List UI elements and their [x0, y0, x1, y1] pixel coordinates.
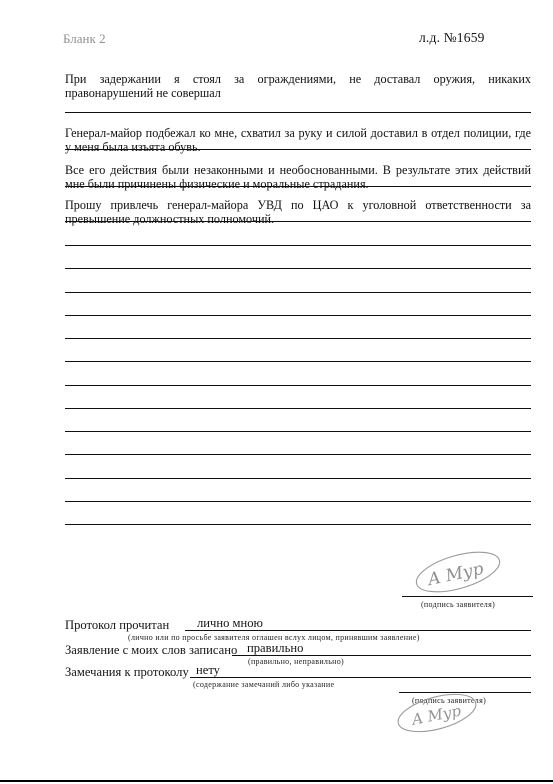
ruled-line [65, 112, 531, 113]
blank-ruled-line [65, 315, 531, 316]
signature-caption: (подпись заявителя) [392, 600, 524, 609]
scanned-protocol-page: Бланк 2 л.д. №1659 При задержании я стоя… [0, 0, 553, 784]
applicant-signature-image: А Мур [398, 546, 520, 598]
blank-ruled-line [65, 408, 531, 409]
form-caption-remarks: (содержание замечаний либо указание [193, 680, 334, 689]
ruled-line [65, 221, 531, 222]
form-label-remarks: Замечания к протоколу [65, 665, 189, 680]
form-label-protocol-read: Протокол прочитан [65, 618, 169, 633]
blank-ruled-line [65, 338, 531, 339]
blank-ruled-line [65, 524, 531, 525]
form-value-statement-recorded: правильно [232, 642, 531, 656]
form-value-protocol-read: лично мною [185, 617, 531, 631]
signature-line [402, 596, 533, 597]
applicant-signature-image: А Мур [390, 683, 492, 737]
statement-paragraph-4: Прошу привлечь генерал-майора УВД по ЦАО… [65, 198, 531, 227]
statement-paragraph-1: При задержании я стоял за ограждениями, … [65, 72, 531, 101]
ruled-line [65, 186, 531, 187]
form-value-remarks: нету [190, 664, 531, 678]
blank-ruled-line [65, 385, 531, 386]
blank-number-label: Бланк 2 [63, 31, 106, 47]
case-sheet-number: л.д. №1659 [419, 30, 485, 46]
blank-ruled-line [65, 478, 531, 479]
page-bottom-edge [0, 780, 553, 782]
blank-ruled-line [65, 268, 531, 269]
signature-script-text: А Мур [409, 702, 463, 729]
statement-paragraph-3: Все его действия были незаконными и необ… [65, 163, 531, 192]
blank-ruled-line [65, 501, 531, 502]
blank-ruled-line [65, 245, 531, 246]
blank-ruled-line [65, 431, 531, 432]
blank-ruled-line [65, 292, 531, 293]
statement-paragraph-2: Генерал-майор подбежал ко мне, схватил з… [65, 126, 531, 155]
blank-ruled-line [65, 361, 531, 362]
blank-ruled-line [65, 454, 531, 455]
form-label-statement-recorded: Заявление с моих слов записано [65, 643, 237, 658]
ruled-line [65, 149, 531, 150]
